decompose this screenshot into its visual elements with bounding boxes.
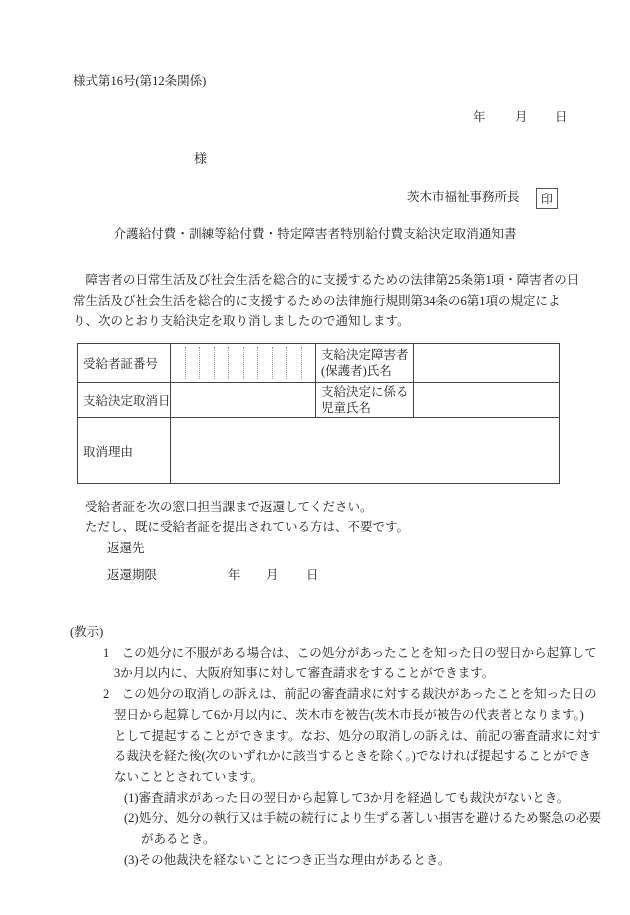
return-deadline-label: 返還期限	[107, 569, 157, 582]
cert-no-digit-slot	[273, 347, 288, 379]
form-number: 様式第16号(第12条関係)	[73, 75, 206, 88]
table-row: 支給決定取消日 支給決定に係る 児童氏名	[78, 383, 559, 418]
body-paragraph: 障害者の日常生活及び社会生活を総合的に支援するための法律第25条第1項・障害者の…	[73, 270, 579, 332]
appeal-line: (1)審査請求があった日の翌日から起算して3か月を経過しても裁決がないとき。	[70, 788, 601, 809]
body-line: り、次のとおり支給決定を取り消しましたので通知します。	[73, 311, 579, 332]
table-row: 取消理由	[78, 418, 559, 483]
child-label-line1: 支給決定に係る	[321, 384, 413, 400]
cert-no-digit-slot	[244, 347, 259, 379]
return-note-2: ただし、既に受給者証を提出されている方は、不要です。	[85, 521, 409, 534]
appeal-line: る裁決を経た後(次のいずれかに該当するときを除く。)でなければ提起することができ	[70, 746, 601, 767]
appeal-line: ないこととされています。	[70, 767, 601, 788]
return-note-1: 受給者証を次の窓口担当課まで返還してください。	[85, 501, 373, 514]
cert-no-digit-slot	[287, 347, 302, 379]
appeal-line: 3か月以内に、大阪府知事に対して審査請求をすることができます。	[70, 663, 601, 684]
document-page: 様式第16号(第12条関係) 年 月 日 様 茨木市福祉事務所長 印 介護給付費…	[0, 0, 630, 915]
body-line: 常生活及び社会生活を総合的に支援するための法律施行規則第34条の6第1項の規定に…	[73, 291, 579, 312]
child-name-value-cell	[414, 383, 559, 417]
cert-no-digit-slot	[200, 347, 215, 379]
appeal-line: 1 この処分に不服がある場合は、この処分があったことを知った日の翌日から起算して	[70, 643, 601, 664]
grantee-name-value-cell	[414, 344, 559, 382]
child-label-line2: 児童氏名	[321, 400, 413, 416]
return-to-label: 返還先	[107, 542, 145, 555]
cert-no-label-cell: 受給者証番号	[78, 344, 171, 382]
cert-no-slots	[171, 344, 316, 382]
grantee-label-line2: (保護者)氏名	[321, 363, 413, 379]
grantee-name-label-cell: 支給決定障害者 (保護者)氏名	[316, 344, 414, 382]
appeal-instructions: (教示) 1 この処分に不服がある場合は、この処分があったことを知った日の翌日か…	[70, 622, 601, 870]
cert-no-digit-slot	[229, 347, 244, 379]
child-name-label-cell: 支給決定に係る 児童氏名	[316, 383, 414, 417]
body-line: 障害者の日常生活及び社会生活を総合的に支援するための法律第25条第1項・障害者の…	[73, 270, 579, 291]
deadline-day-label: 日	[306, 569, 319, 582]
appeal-heading: (教示)	[70, 622, 601, 643]
appeal-line: 翌日から起算して6か月以内に、茨木市を被告(茨木市長が被告の代表者となります。)	[70, 705, 601, 726]
document-title: 介護給付費・訓練等給付費・特定障害者特別給付費支給決定取消通知書	[0, 228, 630, 241]
date-month-label: 月	[515, 111, 528, 124]
date-year-label: 年	[473, 111, 486, 124]
cancel-date-value-cell	[171, 383, 316, 417]
appeal-line: (3)その他裁決を経ないことにつき正当な理由があるとき。	[70, 850, 601, 871]
seal-character: 印	[541, 193, 553, 205]
appeal-line: があるとき。	[70, 829, 601, 850]
issuer-title: 茨木市福祉事務所長	[407, 191, 520, 204]
reason-label-cell: 取消理由	[78, 418, 171, 483]
cert-no-digit-slot	[215, 347, 230, 379]
deadline-month-label: 月	[266, 569, 279, 582]
cert-no-digit-slot	[171, 347, 186, 379]
table-row: 受給者証番号 支給決定障害者 (保護者)氏名	[78, 344, 559, 383]
date-day-label: 日	[555, 111, 568, 124]
cert-no-digit-slot	[186, 347, 201, 379]
deadline-year-label: 年	[228, 569, 241, 582]
appeal-line: (2)処分、処分の執行又は手続の続行により生ずる著しい損害を避けるため緊急の必要	[70, 808, 601, 829]
grantee-label-line1: 支給決定障害者	[321, 347, 413, 363]
cert-no-digit-slot	[302, 347, 316, 379]
reason-value-cell	[171, 418, 559, 483]
appeal-line: 2 この処分の取消しの訴えは、前記の審査請求に対する裁決があったことを知った日の	[70, 684, 601, 705]
addressee-honorific: 様	[194, 152, 207, 165]
appeal-line: として提起することができます。なお、処分の取消しの訴えは、前記の審査請求に対す	[70, 726, 601, 747]
seal-box: 印	[536, 188, 558, 209]
cancel-date-label-cell: 支給決定取消日	[78, 383, 171, 417]
cert-no-digit-slot	[258, 347, 273, 379]
decision-table: 受給者証番号 支給決定障害者 (保護者)氏名 支給決定取消日 支給決定に係る 児…	[77, 343, 560, 484]
